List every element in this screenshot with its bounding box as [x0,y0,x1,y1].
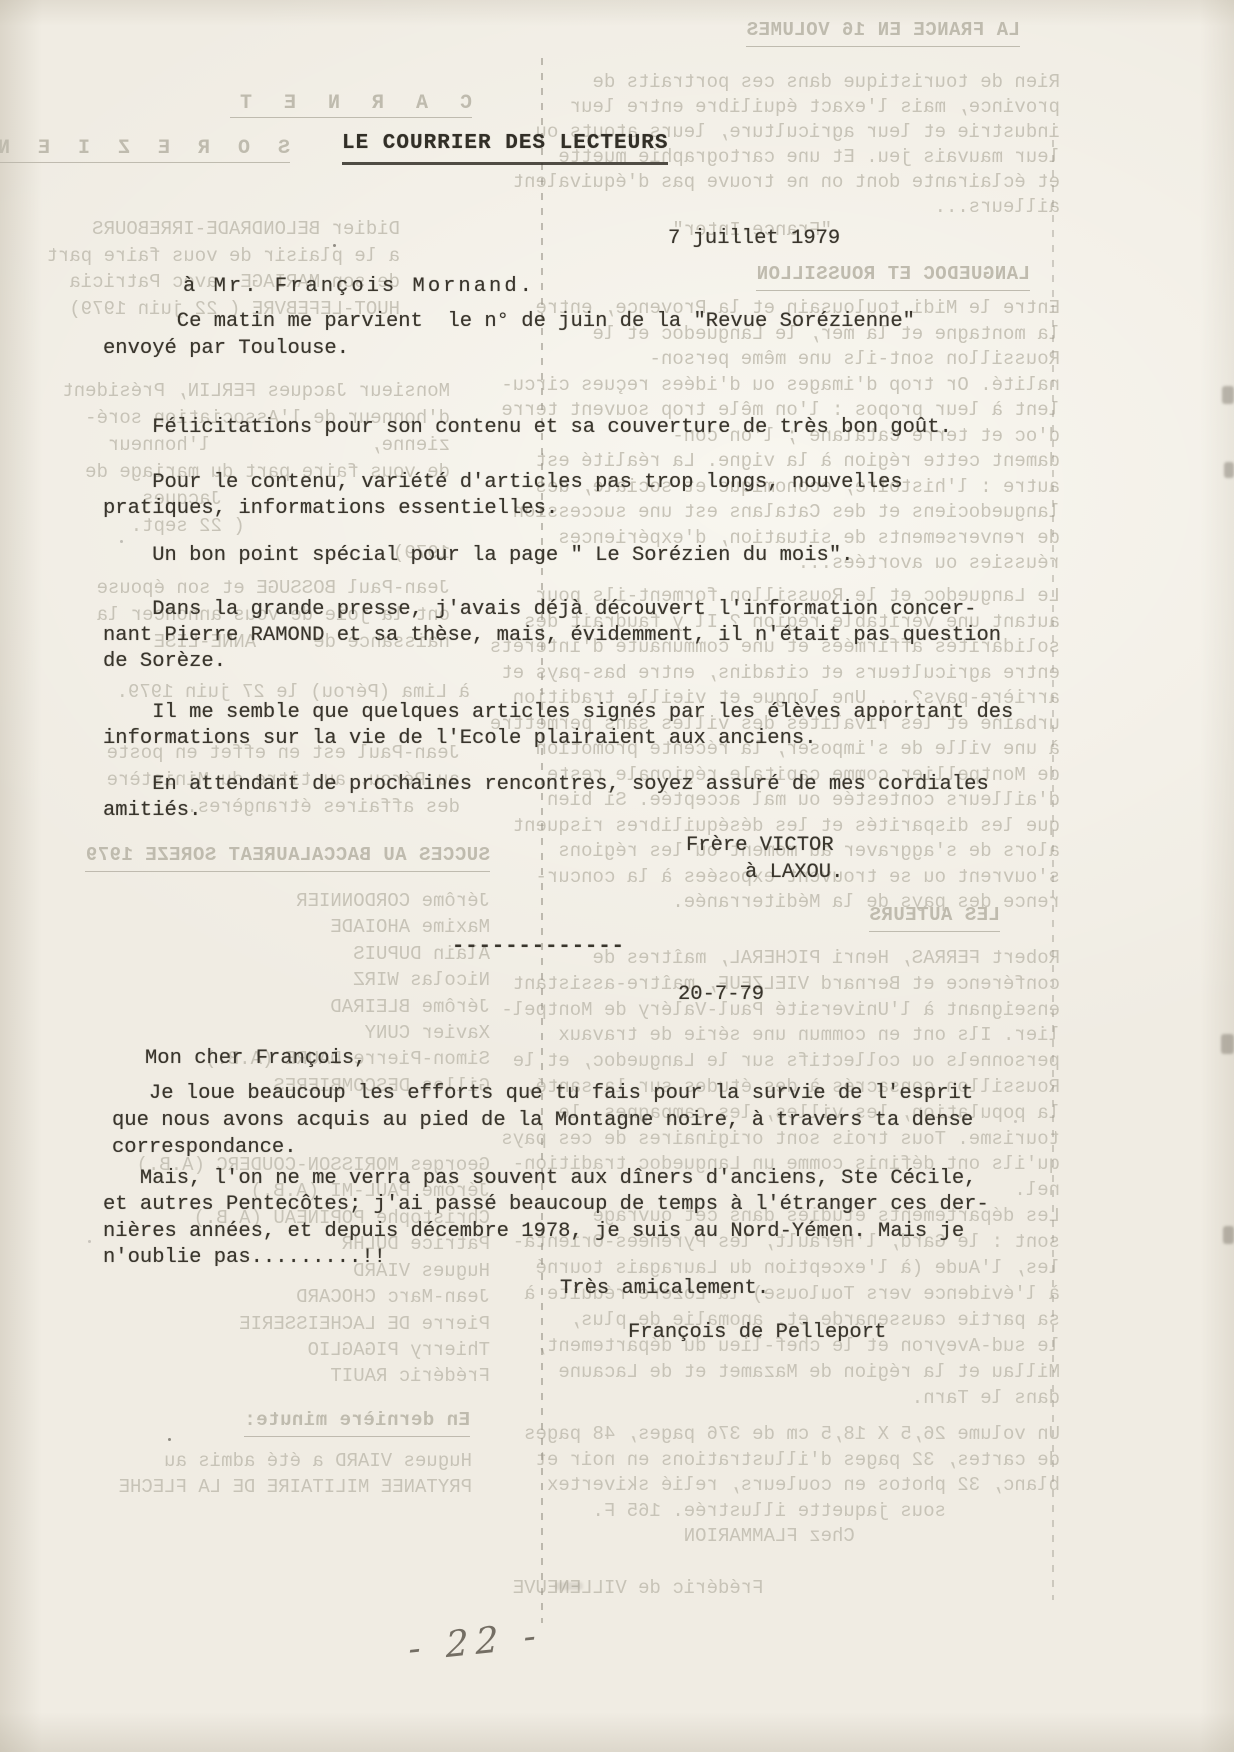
text-line: Mais, l'on ne me verra pas souvent aux d… [103,1166,989,1192]
text-line: lier. Ils ont en commun une série de tra… [520,1023,1060,1049]
text-line: Xavier CUNY [55,1020,490,1046]
letter2-signature: François de Pelleport [628,1320,886,1346]
scan-smudge [1223,1226,1234,1244]
text-line: personnels ou collectifs sur le Languedo… [520,1049,1060,1075]
text-line: pratiques, informations essentielles. [103,496,903,522]
ghost-languedoc-heading: LANGUEDOC ET ROUSSILLON [520,262,1060,291]
text-line: que nous avons acquis au pied de la Mont… [112,1107,973,1134]
ghost-signature: Frédéric de VILLENEUVE [520,1576,1060,1602]
paper-speck [333,244,336,247]
ghost-block: Didier BELONDRADE-IRREBOURSa le plaisir … [55,216,490,322]
text-line: de cartes, 32 pages d'illustrations en n… [520,1448,1060,1474]
scanned-letter-page: C A R N E T S O R E Z I E N Didier BELON… [0,0,1234,1752]
ghost-block: Hugues VIARD a été admis auPRYTANEE MILI… [55,1448,490,1500]
letter1-paragraph: Dans la grande presse, j'avais déjà déco… [103,597,1001,675]
text-line: PRYTANEE MILITAIRE DE LA FLECHE [55,1474,472,1500]
text-line: dans le Tarn. [520,1385,1060,1411]
letter1-date: 7 juillet 1979 [668,226,840,252]
letter1-paragraph: Il me semble que quelques articles signé… [103,700,1013,752]
text-line: Félicitations pour son contenu et sa cou… [103,415,952,441]
paper-speck [120,540,123,543]
ghost-heading-text: En dernière minute: [244,1408,470,1437]
text-line: Thierry PIGAGLIO [55,1337,490,1363]
fold-line-right [1052,140,1054,1600]
text-line: nant Pierre RAMOND et sa thèse, mais, év… [103,623,1001,649]
ghost-left-column: Didier BELONDRADE-IRREBOURSa le plaisir … [55,0,490,1752]
text-line: Un bon point spécial pour la page " Le S… [103,543,853,569]
letter1-paragraph: Un bon point spécial pour la page " Le S… [103,543,853,569]
section-separator: ------------- [452,934,625,960]
text-line: Didier BELONDRADE-IRREBOURS [55,216,400,243]
paper-speck [1014,1120,1017,1123]
text-line: Jérôme CORDONNIER [55,888,490,914]
ghost-heading-text: LES AUTEURS [869,903,1000,932]
text-line: et éclairante dont on ne trouve pas d'éq… [520,170,1060,195]
paper-speck [168,1438,171,1441]
text-line: Pierre DE LACHEISSERIE [55,1311,490,1337]
text-line: et autres Pentecôtes; j'ai passé beaucou… [103,1192,989,1218]
text-line: nalité. Or trop d'images ou d'idées reçu… [520,373,1060,399]
ghost-bac-heading: SUCCES AU BACCALAUREAT SOREZE 1979 [55,843,490,872]
letter1-signature-place: à LAXOU. [745,860,843,886]
paper-speck [88,1240,91,1243]
text-line: Dans la grande presse, j'avais déjà déco… [103,597,1001,623]
text-line: Ce matin me parvient le n° de juin de la… [103,308,915,335]
text-line: Hugues VIARD a été admis au [55,1448,472,1474]
letter1-recipient: à Mr. François Mornand. [183,274,535,300]
scan-smudge [1224,462,1234,478]
letter1-paragraph: En attendant de prochaines rencontres, s… [103,772,989,824]
ghost-heading-text: LANGUEDOC ET ROUSSILLON [756,262,1030,291]
letter1-signature-name: Frère VICTOR [686,833,834,859]
letter2-paragraph: Je loue beaucoup les efforts que tu fais… [112,1080,973,1161]
text-line: sous jaquette illustrée. 165 F. [520,1499,1060,1525]
ghost-block: Un volume 26,5 X 18,5 cm de 376 pages, 4… [520,1422,1060,1550]
text-line: enseignant à l'Université Paul-Valéry de… [520,998,1060,1024]
text-line: Maxime AHOIADE [55,914,490,940]
text-line: informations sur la vie de l'Ecole plair… [103,726,1013,752]
text-line: Pour le contenu, variété d'articles pas … [103,470,903,496]
text-line: Nicolas WIRZ [55,967,490,993]
letter2-closing: Très amicalement. [560,1276,769,1302]
ghost-last-minute-heading: En dernière minute: [55,1408,490,1437]
text-line: Il me semble que quelques articles signé… [103,700,1013,726]
text-line: amitiés. [103,798,989,824]
ghost-heading-text: SUCCES AU BACCALAUREAT SOREZE 1979 [85,843,490,872]
scan-smudge [1222,386,1234,404]
scan-smudge [1221,1034,1234,1054]
letter2-date: 20-7-79 [678,982,764,1008]
letter2-paragraph: Mais, l'on ne me verra pas souvent aux d… [103,1166,989,1271]
fold-line-left [541,58,543,1623]
text-line: de Sorèze. [103,649,1001,675]
text-line: nières années, et depuis décembre 1978, … [103,1219,989,1245]
text-line: Un volume 26,5 X 18,5 cm de 376 pages, 4… [520,1422,1060,1448]
text-line: Frédéric RAUIT [55,1363,490,1389]
ghost-auteurs-heading: LES AUTEURS [520,903,1060,932]
scan-smudge [555,1582,583,1590]
text-line: Monsieur Jacques FERLIN, Président [55,378,450,405]
text-line: province, mais l'exact équilibre entre l… [520,95,1060,120]
text-line: Rien de touristique dans ces portraits d… [520,70,1060,95]
text-line: Millau et la région de Mazamet et de Lac… [520,1359,1060,1385]
text-line: conférence et Bernard VIELZEUF, maître-a… [520,972,1060,998]
letter1-paragraph: Félicitations pour son contenu et sa cou… [103,415,952,441]
text-line: blanc, 32 photos en couleurs, relié skiv… [520,1473,1060,1499]
text-line: Jean-Marc CHOCARD [55,1284,490,1310]
text-line: n'oublie pas.........!! [103,1245,989,1271]
ghost-france-heading: LA FRANCE EN 16 VOLUMES [520,18,1060,47]
letter1-paragraph: Pour le contenu, variété d'articles pas … [103,470,903,522]
ghost-heading-text: LA FRANCE EN 16 VOLUMES [746,18,1020,47]
text-line: En attendant de prochaines rencontres, s… [103,772,989,798]
letter2-salutation: Mon cher François, [145,1046,366,1072]
text-line: Alain DUPUIS [55,941,490,967]
letter1-paragraph: Ce matin me parvient le n° de juin de la… [103,308,915,362]
text-line: envoyé par Toulouse. [103,335,915,362]
text-line: ailleurs... [520,195,1060,220]
text-line: a le plaisir de vous faire part [55,243,400,270]
text-line: Jérôme BLEIRAD [55,994,490,1020]
text-line: Chez FLAMMARION [520,1524,1060,1550]
text-line: Je loue beaucoup les efforts que tu fais… [112,1080,973,1107]
text-line: correspondance. [112,1134,973,1161]
page-title: LE COURRIER DES LECTEURS [342,131,668,165]
